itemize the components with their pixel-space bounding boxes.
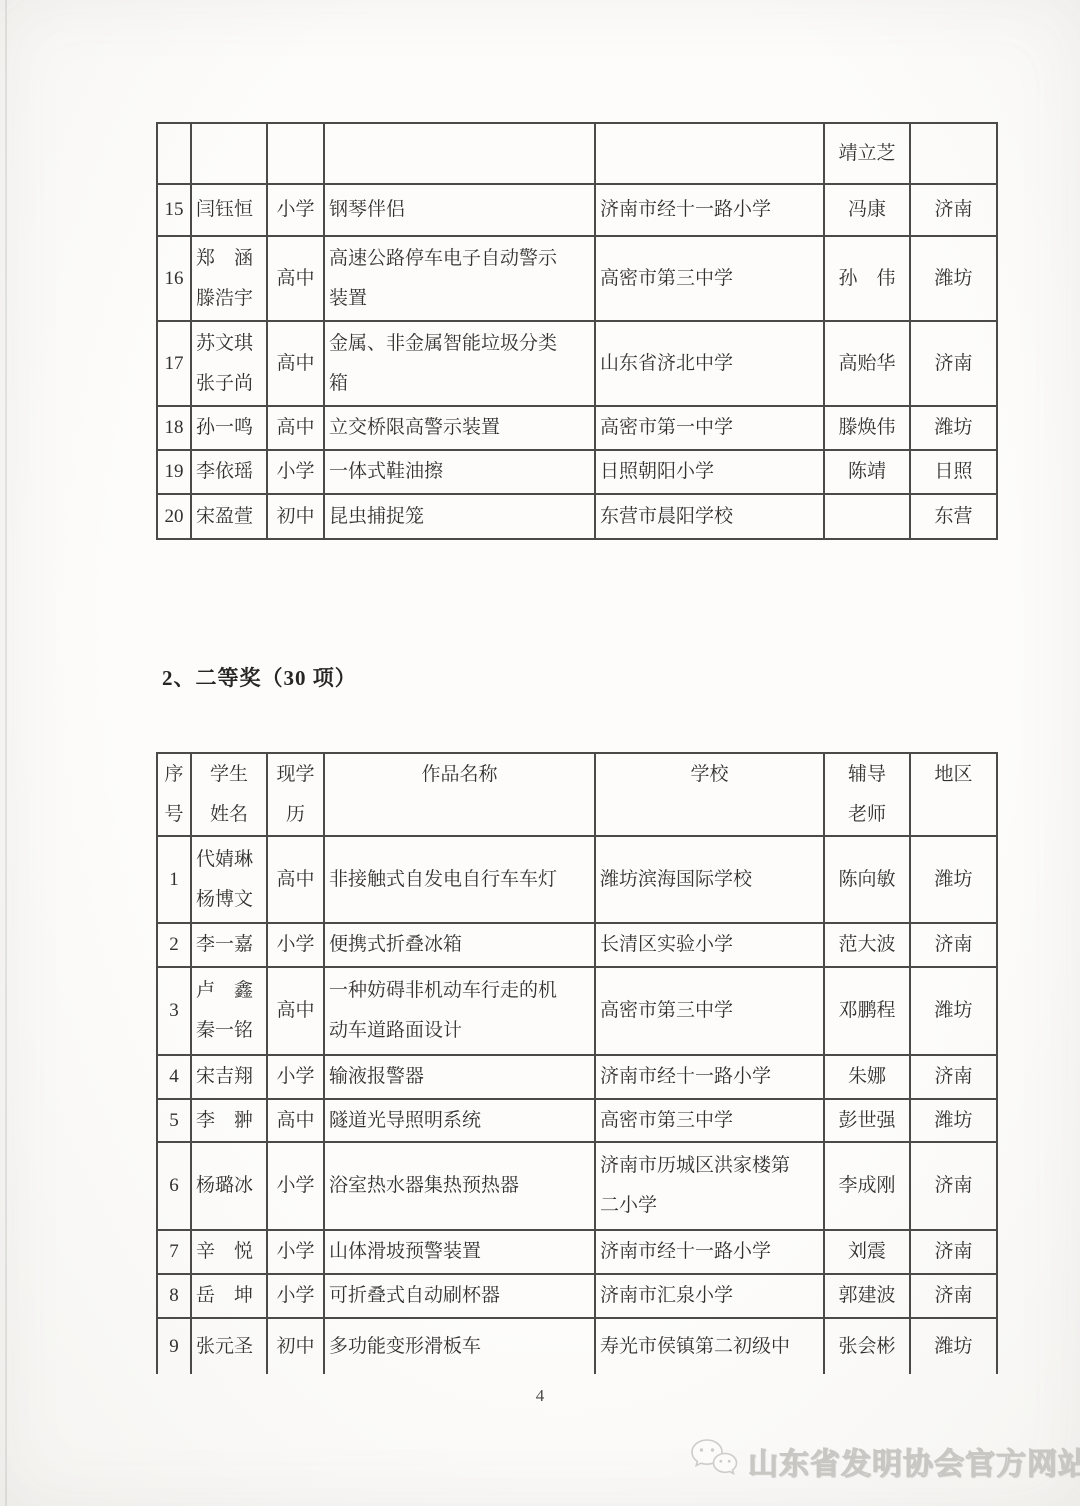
cell-student-name: 宋吉翔 <box>191 1055 267 1099</box>
cell-teacher: 郭建波 <box>824 1274 910 1318</box>
table-row: 9 张元圣 初中 多功能变形滑板车 寿光市侯镇第二初级中 张会彬 潍坊 <box>157 1318 997 1374</box>
cell-serial-number: 9 <box>157 1318 191 1374</box>
cell-work-title: 多功能变形滑板车 <box>324 1318 595 1374</box>
cell-region: 济南 <box>910 1142 997 1230</box>
cell-teacher: 陈靖 <box>824 450 910 494</box>
cell-education-level: 高中 <box>267 406 324 450</box>
cell-education-level: 初中 <box>267 494 324 539</box>
cell-serial-number: 5 <box>157 1099 191 1142</box>
cell-student-name: 张元圣 <box>191 1318 267 1374</box>
table-row: 19 李依瑶 小学 一体式鞋油擦 日照朝阳小学 陈靖 日照 <box>157 450 997 494</box>
cell-education-level: 高中 <box>267 1099 324 1142</box>
cell-student-name: 杨璐冰 <box>191 1142 267 1230</box>
cell-teacher: 朱娜 <box>824 1055 910 1099</box>
cell-student-name: 李一嘉 <box>191 923 267 967</box>
table-row: 1 代婧琳 杨博文 高中 非接触式自发电自行车车灯 潍坊滨海国际学校 陈向敏 潍… <box>157 836 997 923</box>
cell-teacher: 孙 伟 <box>824 236 910 321</box>
cell-serial-number: 16 <box>157 236 191 321</box>
table-row: 15 闫钰恒 小学 钢琴伴侣 济南市经十一路小学 冯康 济南 <box>157 184 997 236</box>
cell-work-title: 隧道光导照明系统 <box>324 1099 595 1142</box>
cell-teacher: 范大波 <box>824 923 910 967</box>
cell-school: 日照朝阳小学 <box>595 450 824 494</box>
cell-school: 济南市经十一路小学 <box>595 1230 824 1274</box>
cell-region: 潍坊 <box>910 236 997 321</box>
header-serial-number: 序 号 <box>157 753 191 836</box>
cell-education-level: 小学 <box>267 184 324 236</box>
table-row: 2 李一嘉 小学 便携式折叠冰箱 长清区实验小学 范大波 济南 <box>157 923 997 967</box>
cell-work-title: 钢琴伴侣 <box>324 184 595 236</box>
cell-education-level: 小学 <box>267 450 324 494</box>
cell-education-level: 高中 <box>267 967 324 1055</box>
cell-teacher: 李成刚 <box>824 1142 910 1230</box>
photo-edge-line <box>5 0 7 1506</box>
second-prize-table: 序 号 学生 姓名 现学 历 作品名称 学校 辅导 老师 地区 1 代婧琳 杨博… <box>156 752 998 1374</box>
watermark: 山东省发明协会官方网站 <box>690 1437 1080 1484</box>
cell-school: 长清区实验小学 <box>595 923 824 967</box>
table-row: 3 卢 鑫 秦一铭 高中 一种妨碍非机动车行走的机 动车道路面设计 高密市第三中… <box>157 967 997 1055</box>
cell-work-title: 浴室热水器集热预热器 <box>324 1142 595 1230</box>
cell-region: 潍坊 <box>910 1099 997 1142</box>
cell-teacher: 彭世强 <box>824 1099 910 1142</box>
cell-serial-number: 18 <box>157 406 191 450</box>
cell-serial-number: 8 <box>157 1274 191 1318</box>
cell-student-name: 代婧琳 杨博文 <box>191 836 267 923</box>
cell-serial-number: 7 <box>157 1230 191 1274</box>
cell-region: 潍坊 <box>910 967 997 1055</box>
cell-region: 日照 <box>910 450 997 494</box>
table-row: 20 宋盈萱 初中 昆虫捕捉笼 东营市晨阳学校 东营 <box>157 494 997 539</box>
cell-teacher: 刘震 <box>824 1230 910 1274</box>
cell-teacher: 邓鹏程 <box>824 967 910 1055</box>
cell-school: 山东省济北中学 <box>595 321 824 406</box>
cell-school: 潍坊滨海国际学校 <box>595 836 824 923</box>
header-work-title: 作品名称 <box>324 753 595 836</box>
cell-student-name: 李 翀 <box>191 1099 267 1142</box>
cell-work-title <box>324 123 595 184</box>
cell-school: 高密市第三中学 <box>595 236 824 321</box>
cell-education-level: 小学 <box>267 1230 324 1274</box>
cell-region: 潍坊 <box>910 1318 997 1374</box>
cell-school: 寿光市侯镇第二初级中 <box>595 1318 824 1374</box>
table-row: 16 郑 涵 滕浩宇 高中 高速公路停车电子自动警示 装置 高密市第三中学 孙 … <box>157 236 997 321</box>
cell-education-level <box>267 123 324 184</box>
cell-serial-number: 3 <box>157 967 191 1055</box>
cell-serial-number: 6 <box>157 1142 191 1230</box>
cell-work-title: 立交桥限高警示装置 <box>324 406 595 450</box>
cell-education-level: 高中 <box>267 836 324 923</box>
table-header-row: 序 号 学生 姓名 现学 历 作品名称 学校 辅导 老师 地区 <box>157 753 997 836</box>
cell-education-level: 高中 <box>267 236 324 321</box>
header-region: 地区 <box>910 753 997 836</box>
header-education-level: 现学 历 <box>267 753 324 836</box>
first-prize-table-continued: 靖立芝 15 闫钰恒 小学 钢琴伴侣 济南市经十一路小学 冯康 济南 16 郑 … <box>156 122 998 540</box>
cell-teacher: 高贻华 <box>824 321 910 406</box>
cell-student-name <box>191 123 267 184</box>
table-row: 7 辛 悦 小学 山体滑坡预警装置 济南市经十一路小学 刘震 济南 <box>157 1230 997 1274</box>
cell-education-level: 高中 <box>267 321 324 406</box>
cell-school: 高密市第三中学 <box>595 1099 824 1142</box>
cell-serial-number: 19 <box>157 450 191 494</box>
cell-work-title: 昆虫捕捉笼 <box>324 494 595 539</box>
cell-serial-number: 4 <box>157 1055 191 1099</box>
section-heading-second-prize: 2、二等奖（30 项） <box>162 662 357 692</box>
cell-school: 济南市汇泉小学 <box>595 1274 824 1318</box>
cell-serial-number <box>157 123 191 184</box>
cell-serial-number: 17 <box>157 321 191 406</box>
table-row: 17 苏文琪 张子尚 高中 金属、非金属智能垃圾分类 箱 山东省济北中学 高贻华… <box>157 321 997 406</box>
cell-serial-number: 2 <box>157 923 191 967</box>
cell-work-title: 非接触式自发电自行车车灯 <box>324 836 595 923</box>
cell-region: 潍坊 <box>910 836 997 923</box>
cell-work-title: 高速公路停车电子自动警示 装置 <box>324 236 595 321</box>
cell-region: 济南 <box>910 1274 997 1318</box>
cell-education-level: 初中 <box>267 1318 324 1374</box>
cell-serial-number: 1 <box>157 836 191 923</box>
cell-student-name: 辛 悦 <box>191 1230 267 1274</box>
cell-school: 高密市第三中学 <box>595 967 824 1055</box>
watermark-label: 山东省发明协会官方网站 <box>748 1439 1080 1483</box>
header-school: 学校 <box>595 753 824 836</box>
table-row: 5 李 翀 高中 隧道光导照明系统 高密市第三中学 彭世强 潍坊 <box>157 1099 997 1142</box>
cell-region <box>910 123 997 184</box>
document-page: 靖立芝 15 闫钰恒 小学 钢琴伴侣 济南市经十一路小学 冯康 济南 16 郑 … <box>0 0 1080 1506</box>
cell-school: 济南市经十一路小学 <box>595 1055 824 1099</box>
table-row-partial: 靖立芝 <box>157 123 997 184</box>
cell-teacher: 冯康 <box>824 184 910 236</box>
cell-school: 高密市第一中学 <box>595 406 824 450</box>
cell-student-name: 闫钰恒 <box>191 184 267 236</box>
cell-teacher: 靖立芝 <box>824 123 910 184</box>
cell-teacher: 陈向敏 <box>824 836 910 923</box>
wechat-icon <box>690 1437 738 1484</box>
header-teacher: 辅导 老师 <box>824 753 910 836</box>
cell-region: 济南 <box>910 321 997 406</box>
cell-work-title: 可折叠式自动刷杯器 <box>324 1274 595 1318</box>
cell-region: 济南 <box>910 923 997 967</box>
cell-student-name: 李依瑶 <box>191 450 267 494</box>
cell-region: 济南 <box>910 1055 997 1099</box>
cell-work-title: 一种妨碍非机动车行走的机 动车道路面设计 <box>324 967 595 1055</box>
cell-work-title: 山体滑坡预警装置 <box>324 1230 595 1274</box>
cell-education-level: 小学 <box>267 923 324 967</box>
cell-work-title: 金属、非金属智能垃圾分类 箱 <box>324 321 595 406</box>
table-row: 6 杨璐冰 小学 浴室热水器集热预热器 济南市历城区洪家楼第 二小学 李成刚 济… <box>157 1142 997 1230</box>
cell-region: 潍坊 <box>910 406 997 450</box>
cell-student-name: 郑 涵 滕浩宇 <box>191 236 267 321</box>
cell-student-name: 卢 鑫 秦一铭 <box>191 967 267 1055</box>
cell-work-title: 输液报警器 <box>324 1055 595 1099</box>
cell-student-name: 岳 坤 <box>191 1274 267 1318</box>
cell-education-level: 小学 <box>267 1055 324 1099</box>
page-number: 4 <box>0 1386 1080 1406</box>
cell-work-title: 便携式折叠冰箱 <box>324 923 595 967</box>
cell-student-name: 宋盈萱 <box>191 494 267 539</box>
cell-region: 东营 <box>910 494 997 539</box>
cell-teacher: 滕焕伟 <box>824 406 910 450</box>
cell-serial-number: 15 <box>157 184 191 236</box>
cell-education-level: 小学 <box>267 1274 324 1318</box>
header-student-name: 学生 姓名 <box>191 753 267 836</box>
cell-region: 济南 <box>910 1230 997 1274</box>
table-row: 18 孙一鸣 高中 立交桥限高警示装置 高密市第一中学 滕焕伟 潍坊 <box>157 406 997 450</box>
table-row: 4 宋吉翔 小学 输液报警器 济南市经十一路小学 朱娜 济南 <box>157 1055 997 1099</box>
cell-student-name: 孙一鸣 <box>191 406 267 450</box>
cell-education-level: 小学 <box>267 1142 324 1230</box>
cell-school <box>595 123 824 184</box>
cell-work-title: 一体式鞋油擦 <box>324 450 595 494</box>
cell-region: 济南 <box>910 184 997 236</box>
cell-school: 东营市晨阳学校 <box>595 494 824 539</box>
cell-teacher <box>824 494 910 539</box>
cell-school: 济南市经十一路小学 <box>595 184 824 236</box>
table-row: 8 岳 坤 小学 可折叠式自动刷杯器 济南市汇泉小学 郭建波 济南 <box>157 1274 997 1318</box>
cell-school: 济南市历城区洪家楼第 二小学 <box>595 1142 824 1230</box>
cell-student-name: 苏文琪 张子尚 <box>191 321 267 406</box>
cell-teacher: 张会彬 <box>824 1318 910 1374</box>
cell-serial-number: 20 <box>157 494 191 539</box>
